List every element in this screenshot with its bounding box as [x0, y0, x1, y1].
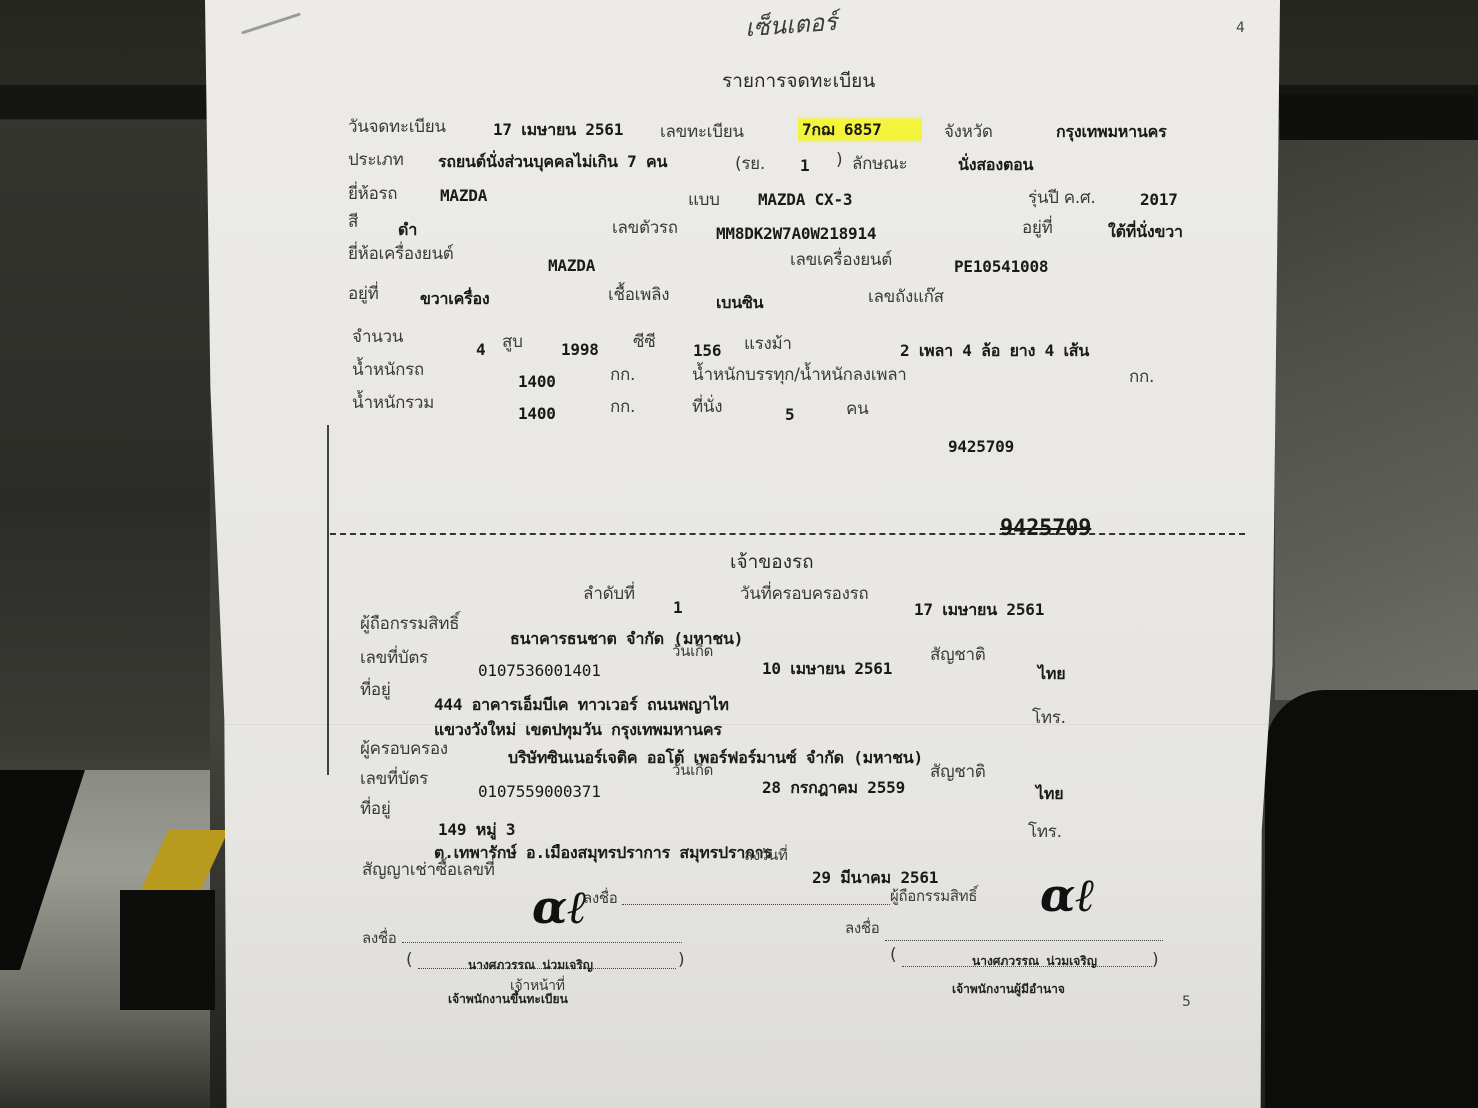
model-label: แบบ	[688, 186, 720, 213]
engine-no-value: PE10541008	[954, 257, 1048, 276]
engine-no-label: เลขเครื่องยนต์	[790, 246, 892, 273]
paper-fold	[205, 724, 1280, 725]
count-label: จำนวน	[352, 323, 403, 350]
gas-tank-label: เลขถังแก๊ส	[868, 283, 944, 310]
reg-date-label: วันจดทะเบียน	[348, 113, 446, 140]
brand-label: ยี่ห้อรถ	[348, 180, 397, 207]
owner-address-line2: แขวงวังใหม่ เขตปทุมวัน กรุงเทพมหานคร	[434, 718, 722, 743]
left-signature: ɑℓ	[532, 880, 587, 934]
lease-label: สัญญาเช่าซื้อเลขที่	[362, 856, 495, 883]
possession-date-label: วันที่ครอบครองรถ	[740, 580, 868, 607]
type-label: ประเภท	[348, 146, 403, 173]
right-paren-close: )	[1152, 950, 1158, 970]
owner-sign-label: ลงชื่อ	[583, 886, 618, 910]
engine-location-label: อยู่ที่	[348, 280, 378, 307]
ry-close: )	[836, 150, 842, 170]
fuel-value: เบนซิน	[716, 291, 763, 316]
cylinders-unit: สูบ	[502, 328, 523, 355]
owner-id-label: เลขที่บัตร	[360, 644, 428, 671]
owner-nationality-value: ไทย	[1038, 662, 1065, 687]
weight-label: น้ำหนักรถ	[352, 356, 424, 383]
possessor-id-value: 0107559000371	[478, 782, 601, 801]
chassis-location-label: อยู่ที่	[1022, 214, 1052, 241]
owner-sign-line	[622, 904, 890, 905]
possessor-phone-label: โทร.	[1028, 818, 1062, 845]
fuel-label: เชื้อเพลิง	[608, 281, 669, 308]
possessor-nationality-value: ไทย	[1036, 782, 1063, 807]
possessor-label: ผู้ครอบครอง	[360, 735, 448, 762]
possessor-nationality-label: สัญชาติ	[930, 758, 986, 785]
owner-birth-value: 10 เมษายน 2561	[762, 657, 892, 682]
brand-value: MAZDA	[440, 186, 487, 205]
gross-label: น้ำหนักรวม	[352, 389, 434, 416]
chassis-location-value: ใต้ที่นั่งขวา	[1108, 220, 1183, 245]
load-unit: กก.	[1129, 363, 1154, 390]
cc-unit: ซีซี	[633, 328, 655, 355]
right-signature: ɑℓ	[1040, 868, 1095, 922]
left-sign-line	[402, 942, 682, 943]
year-label: รุ่นปี ค.ศ.	[1028, 184, 1096, 211]
owner-label: ผู้ถือกรรมสิทธิ์	[360, 610, 459, 637]
right-sign-line	[885, 940, 1163, 941]
cc-value: 1998	[561, 340, 599, 359]
possessor-birth-label: วันเกิด	[672, 758, 713, 782]
possessor-address-line1: 149 หมู่ 3	[438, 818, 515, 843]
owner-nationality-label: สัญชาติ	[930, 641, 986, 668]
hp-value: 156	[693, 341, 721, 360]
plate-highlight: 7กฌ 6857	[798, 116, 922, 143]
seats-unit: คน	[846, 395, 868, 422]
possessor-birth-value: 28 กรกฎาคม 2559	[762, 776, 905, 801]
left-paren-close: )	[678, 950, 684, 970]
background-black-wedge	[120, 890, 215, 1010]
plate-value: 7กฌ 6857	[798, 118, 922, 143]
document-title: รายการจดทะเบียน	[722, 66, 875, 96]
page-number-top: 4	[1236, 20, 1245, 36]
load-label: น้ำหนักบรรทุก/น้ำหนักลงเพลา	[692, 361, 907, 388]
type-value: รถยนต์นั่งส่วนบุคคลไม่เกิน 7 คน	[438, 150, 667, 175]
engine-brand-value: MAZDA	[548, 256, 595, 275]
possessor-address-label: ที่อยู่	[360, 795, 390, 822]
right-officer-name: นางศภวรรณ น่วมเจริญ	[972, 952, 1097, 971]
right-sign-label: ลงชื่อ	[845, 916, 880, 940]
chassis-value: MM8DK2W7A0W218914	[716, 224, 876, 243]
province-value: กรุงเทพมหานคร	[1056, 120, 1167, 145]
section-divider	[330, 533, 1245, 535]
background-frame-bar-right	[1280, 95, 1478, 140]
photo-scene: เซ็นเตอร์ 4 รายการจดทะเบียน วันจดทะเบียน…	[0, 0, 1478, 1108]
owner-address-line1: 444 อาคารเอ็มบีเค ทาวเวอร์ ถนนพญาไท	[434, 693, 729, 718]
engine-brand-label: ยี่ห้อเครื่องยนต์	[348, 240, 454, 267]
chassis-label: เลขตัวรถ	[612, 214, 678, 241]
owner-sign-suffix: ผู้ถือกรรมสิทธิ์	[890, 884, 977, 908]
weight-value: 1400	[518, 372, 556, 391]
province-label: จังหวัด	[944, 118, 993, 145]
color-label: สี	[348, 208, 358, 235]
possession-date-value: 17 เมษายน 2561	[914, 598, 1044, 623]
possessor-name: บริษัทซินเนอร์เจติค ออโต้ เพอร์ฟอร์มานซ์…	[508, 746, 923, 771]
style-value: นั่งสองตอน	[958, 153, 1033, 178]
style-label: ลักษณะ	[852, 150, 907, 177]
left-paren-open: (	[406, 950, 412, 970]
owner-birth-label: วันเกิด	[672, 639, 713, 663]
background-left-panel	[0, 120, 210, 760]
owner-address-label: ที่อยู่	[360, 676, 390, 703]
seats-value: 5	[785, 405, 794, 424]
margin-line	[327, 425, 329, 775]
background-right-window	[1275, 140, 1478, 700]
right-paren-open: (	[890, 945, 896, 965]
axles-wheels-value: 2 เพลา 4 ล้อ ยาง 4 เส้น	[900, 339, 1089, 364]
reg-date-value: 17 เมษายน 2561	[493, 118, 623, 143]
reference-number: 9425709	[948, 437, 1014, 456]
ry-value: 1	[800, 156, 809, 175]
lease-date-label: ลงวันที่	[744, 843, 788, 867]
gross-unit: กก.	[610, 393, 635, 420]
owner-section-heading: เจ้าของรถ	[730, 547, 814, 577]
owner-id-value: 0107536001401	[478, 661, 601, 680]
hp-unit: แรงม้า	[744, 330, 792, 357]
reference-number-struck: 9425709	[1000, 516, 1091, 541]
plate-label: เลขทะเบียน	[660, 118, 744, 145]
order-label: ลำดับที่	[583, 580, 635, 607]
owner-phone-label: โทร.	[1032, 704, 1066, 731]
order-value: 1	[673, 598, 682, 617]
cylinders-value: 4	[476, 340, 485, 359]
possessor-id-label: เลขที่บัตร	[360, 765, 428, 792]
year-value: 2017	[1140, 190, 1178, 209]
page-number-bottom: 5	[1182, 994, 1191, 1010]
handwritten-note: เซ็นเตอร์	[744, 2, 838, 47]
left-officer-role-sub: เจ้าพนักงานขึ้นทะเบียน	[448, 990, 568, 1009]
gross-value: 1400	[518, 404, 556, 423]
engine-location-value: ขวาเครื่อง	[420, 287, 490, 312]
seats-label: ที่นั่ง	[692, 393, 722, 420]
weight-unit: กก.	[610, 361, 635, 388]
right-officer-role: เจ้าพนักงานผู้มีอำนาจ	[952, 980, 1065, 999]
ry-label: (รย.	[735, 150, 765, 177]
background-right-seat	[1265, 690, 1478, 1108]
left-sign-label: ลงชื่อ	[362, 926, 397, 950]
left-officer-name: นางศภวรรณ น่วมเจริญ	[468, 956, 593, 975]
model-value: MAZDA CX-3	[758, 190, 852, 209]
